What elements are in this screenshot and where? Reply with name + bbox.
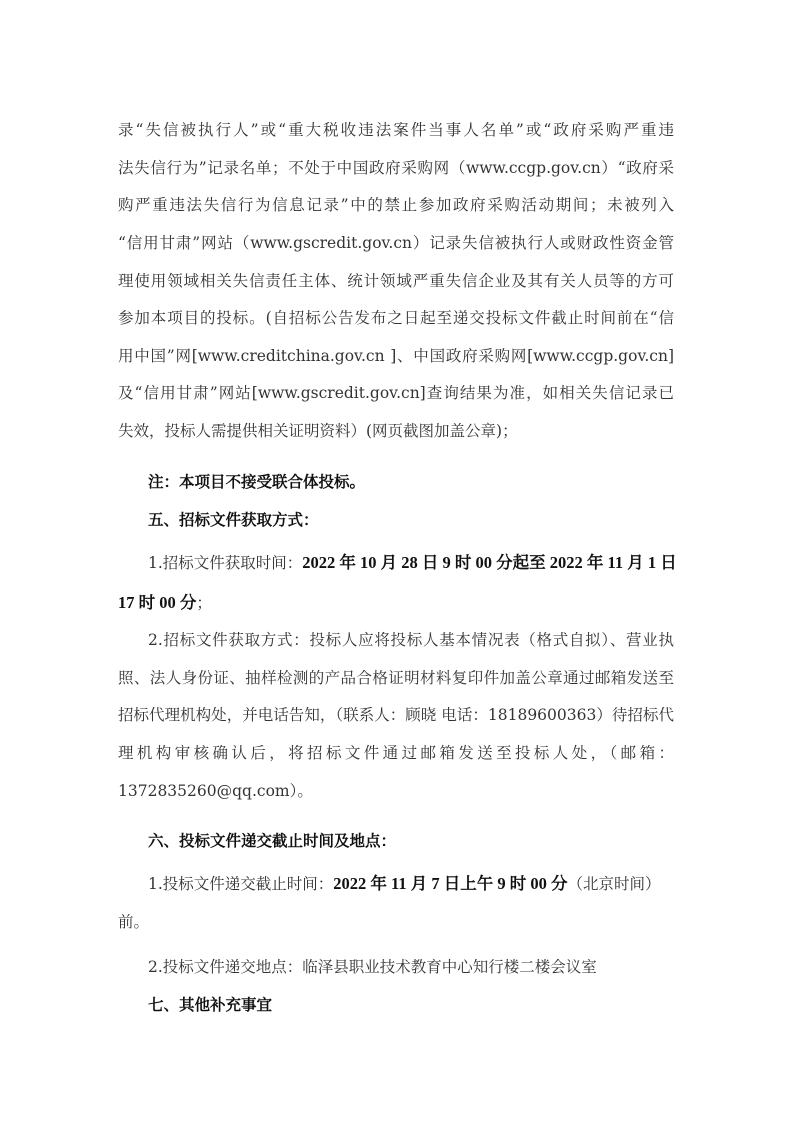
s6-item1-line2: 前。 (118, 910, 674, 934)
paragraph-line: 参加本项目的投标。(自招标公告发布之日起至递交投标文件截止时间前在“信 (118, 306, 674, 330)
s5-item2-line: 理机构审核确认后，将招标文件通过邮箱发送至投标人处，（邮箱： (118, 741, 674, 765)
section-heading-6: 六、投标文件递交截止时间及地点： (148, 829, 674, 853)
s5-item1-value: 2022 年 10 月 28 日 9 时 00 分起至 2022 年 11 月 … (302, 553, 676, 572)
s5-item1-line2: 17 时 00 分； (118, 591, 674, 615)
s5-item1-value-cont: 17 时 00 分 (118, 593, 196, 612)
paragraph-line: 理使用领域相关失信责任主体、统计领域严重失信企业及其有关人员等的方可 (118, 269, 674, 293)
paragraph-line: 购严重违法失信行为信息记录”中的禁止参加政府采购活动期间；未被列入 (118, 193, 674, 217)
s5-item1-line1: 1.招标文件获取时间：2022 年 10 月 28 日 9 时 00 分起至 2… (148, 551, 674, 575)
section-heading-5: 五、招标文件获取方式： (148, 508, 674, 532)
paragraph-line: 录“失信被执行人”或“重大税收违法案件当事人名单”或“政府采购严重违 (118, 118, 674, 142)
s6-item1-label: 1.投标文件递交截止时间： (148, 875, 333, 893)
paragraph-line: “信用甘肃”网站（www.gscredit.gov.cn）记录失信被执行人或财政… (118, 231, 674, 255)
paragraph-line: 法失信行为”记录名单；不处于中国政府采购网（www.ccgp.gov.cn）“政… (118, 156, 674, 180)
s5-item2-line: 1372835260@qq.com）。 (118, 779, 674, 803)
s5-item2-line: 招标代理机构处，并电话告知，（联系人：顾晓 电话：18189600363）待招标… (118, 703, 674, 727)
s6-item1-line1: 1.投标文件递交截止时间：2022 年 11 月 7 日上午 9 时 00 分（… (148, 872, 674, 896)
s5-item2-line: 2.招标文件获取方式：投标人应将投标人基本情况表（格式自拟）、营业执 (148, 628, 674, 652)
s6-item1-value: 2022 年 11 月 7 日上午 9 时 00 分 (333, 874, 567, 893)
note-no-consortium: 注：本项目不接受联合体投标。 (148, 470, 674, 494)
s5-item1-label: 1.招标文件获取时间： (148, 554, 302, 572)
paragraph-line: 用中国”网[www.creditchina.gov.cn ]、中国政府采购网[w… (118, 344, 674, 368)
paragraph-line: 失效，投标人需提供相关证明资料）(网页截图加盖公章)； (118, 419, 674, 443)
s5-item1-end: ； (196, 594, 212, 612)
document-page: 录“失信被执行人”或“重大税收违法案件当事人名单”或“政府采购严重违 法失信行为… (0, 0, 793, 1122)
paragraph-line: 及“信用甘肃”网站[www.gscredit.gov.cn]查询结果为准，如相关… (118, 381, 674, 405)
s6-item2: 2.投标文件递交地点：临泽县职业技术教育中心知行楼二楼会议室 (148, 955, 674, 979)
section-heading-7: 七、其他补充事宜 (148, 993, 674, 1017)
s6-item1-suffix: （北京时间） (568, 875, 661, 893)
s5-item2-line: 照、法人身份证、抽样检测的产品合格证明材料复印件加盖公章通过邮箱发送至 (118, 666, 674, 690)
